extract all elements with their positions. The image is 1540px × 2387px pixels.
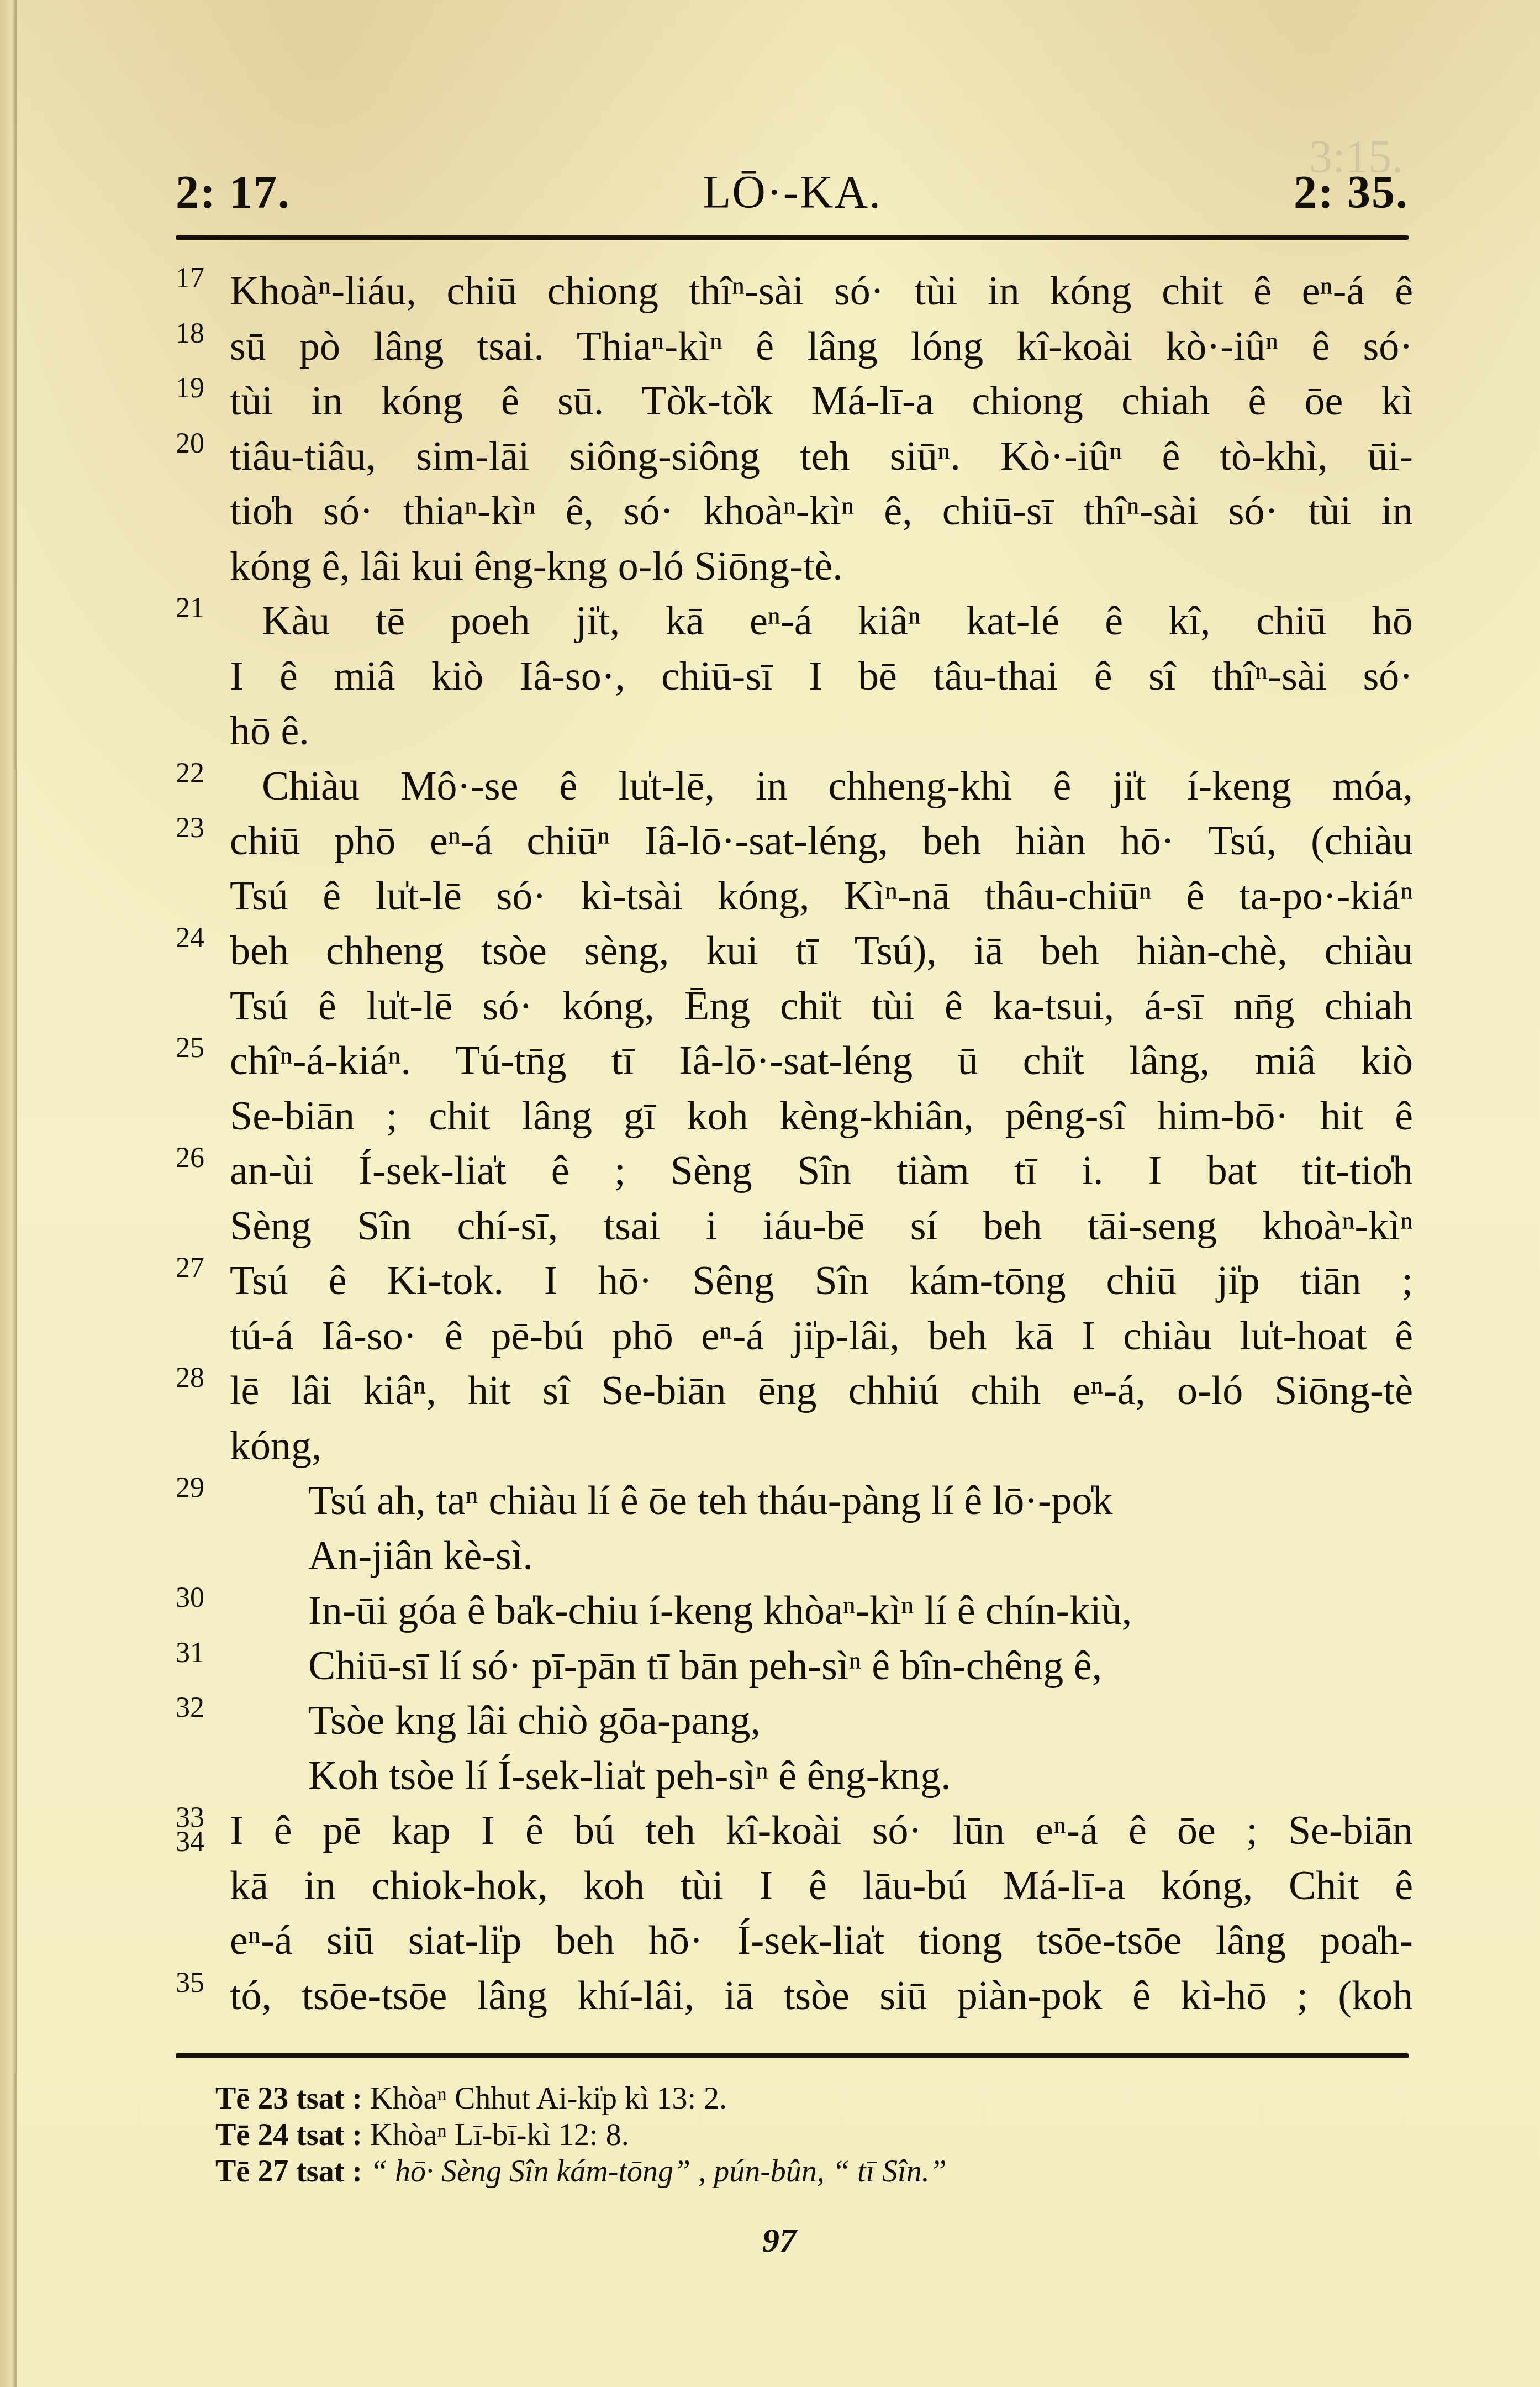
- text-line: 17 Khoàⁿ-liáu, chiū chiong thîⁿ-sài só· …: [176, 264, 1413, 319]
- footnote-label: Tē 23 tsat :: [215, 2081, 362, 2116]
- text-line: 18 sū pò lâng tsai. Thiaⁿ-kìⁿ ê lâng lón…: [176, 319, 1413, 375]
- footnote: Tē 24 tsat : Khòaⁿ Lī-bī-kì 12: 8.: [215, 2117, 1210, 2153]
- verse-number: 29: [176, 1466, 204, 1510]
- line-text: Se-biān ; chit lâng gī koh kèng-khiân, p…: [230, 1089, 1413, 1144]
- text-line: hō ê.: [176, 704, 1413, 759]
- line-text-content: Khoàⁿ-liáu, chiū chiong thîⁿ-sài só· tùi…: [230, 269, 1413, 314]
- line-text: kā in chiok-hok, koh tùi I ê lāu-bú Má-l…: [230, 1859, 1413, 1914]
- line-text: eⁿ-á siū siat-li̍p beh hō· Í-sek-lia̍t t…: [230, 1913, 1413, 1969]
- text-line: 28 lē lâi kiâⁿ, hit sî Se-biān ēng chhiú…: [176, 1364, 1413, 1419]
- text-line: 20 tiâu-tiâu, sim-lāi siông-siông teh si…: [176, 429, 1413, 485]
- verse-number: 26: [176, 1136, 204, 1180]
- line-text: Chiū-sī lí só· pī-pān tī bān peh-sìⁿ ê b…: [308, 1639, 1413, 1694]
- text-line: I ê miâ kiò Iâ-so·, chiū-sī I bē tâu-tha…: [176, 649, 1413, 704]
- verse-number: 32: [176, 1686, 204, 1730]
- line-text: Tsú ah, taⁿ chiàu lí ê ōe teh tháu-pàng …: [308, 1474, 1413, 1529]
- line-text: kóng ê, lâi kui êng-kng o-ló Siōng-tè.: [230, 539, 1413, 595]
- line-text: Tsú ê Ki-tok. I hō· Sêng Sîn kám-tōng ch…: [230, 1254, 1413, 1309]
- text-line: eⁿ-á siū siat-li̍p beh hō· Í-sek-lia̍t t…: [176, 1913, 1413, 1969]
- text-line: 27 Tsú ê Ki-tok. I hō· Sêng Sîn kám-tōng…: [176, 1254, 1413, 1309]
- verse-number: 27: [176, 1246, 204, 1290]
- verse-number: 25: [176, 1026, 204, 1070]
- line-text: an-ùi Í-sek-lia̍t ê ; Sèng Sîn tiàm tī i…: [230, 1144, 1413, 1199]
- header-end-reference: 2: 35.: [1294, 166, 1409, 219]
- line-text: Koh tsòe lí Í-sek-lia̍t peh-sìⁿ ê êng-kn…: [308, 1749, 1413, 1804]
- verse-number: 18: [176, 312, 204, 356]
- footnote: Tē 23 tsat : Khòaⁿ Chhut Ai-ki̍p kì 13: …: [215, 2080, 1210, 2117]
- line-text: In-ūi góa ê ba̍k-chiu í-keng khòaⁿ-kìⁿ l…: [308, 1584, 1413, 1639]
- line-text: tùi in kóng ê sū. Tò̍k-tò̍k Má-lī-a chio…: [230, 374, 1413, 429]
- text-line: Tsú ê lu̍t-lē só· kì-tsài kóng, Kìⁿ-nā t…: [176, 869, 1413, 924]
- footnote: Tē 27 tsat : “ hō· Sèng Sîn kám-tōng” , …: [215, 2153, 1210, 2190]
- scripture-body: 17 Khoàⁿ-liáu, chiū chiong thîⁿ-sài só· …: [176, 264, 1413, 2023]
- text-line: 21 Kàu tē poeh ji̍t, kā eⁿ-á kiâⁿ kat-lé…: [176, 594, 1413, 649]
- line-text: lē lâi kiâⁿ, hit sî Se-biān ēng chhiú ch…: [230, 1364, 1413, 1419]
- line-text: Sèng Sîn chí-sī, tsai i iáu-bē sí beh tā…: [230, 1199, 1413, 1254]
- line-text: hō ê.: [230, 704, 1413, 759]
- line-text: Khoàⁿ-liáu, chiū chiong thîⁿ-sài só· tùi…: [230, 264, 1413, 319]
- text-line: 33 34 I ê pē kap I ê bú teh kî-koài só· …: [176, 1804, 1413, 1859]
- line-text: An-jiân kè-sì.: [308, 1529, 1413, 1584]
- text-line: 25 chîⁿ-á-kiáⁿ. Tú-tn̄g tī Iâ-lō·-sat-lé…: [176, 1034, 1413, 1089]
- text-line: 35 tó, tsōe-tsōe lâng khí-lâi, iā tsòe s…: [176, 1969, 1413, 2024]
- text-line: tú-á Iâ-so· ê pē-bú phō eⁿ-á ji̍p-lâi, b…: [176, 1309, 1413, 1364]
- verse-number: 19: [176, 366, 204, 411]
- line-text: Chiàu Mô·-se ê lu̍t-lē, in chheng-khì ê …: [230, 759, 1413, 814]
- text-line: Tsú ê lu̍t-lē só· kóng, Ēng chi̍t tùi ê …: [176, 979, 1413, 1034]
- text-line: 24 beh chheng tsòe sèng, kui tī Tsú), iā…: [176, 924, 1413, 979]
- text-line: 23 chiū phō eⁿ-á chiūⁿ Iâ-lō·-sat-léng, …: [176, 814, 1413, 869]
- verse-number: 34: [176, 1820, 204, 1864]
- text-line: 26 an-ùi Í-sek-lia̍t ê ; Sèng Sîn tiàm t…: [176, 1144, 1413, 1199]
- footnote-text: Khòaⁿ Lī-bī-kì 12: 8.: [370, 2118, 629, 2152]
- line-text: tio̍h só· thiaⁿ-kìⁿ ê, só· khoàⁿ-kìⁿ ê, …: [230, 484, 1413, 539]
- line-text: Kàu tē poeh ji̍t, kā eⁿ-á kiâⁿ kat-lé ê …: [230, 594, 1413, 649]
- footnote-rule: [176, 2053, 1409, 2058]
- footnotes: Tē 23 tsat : Khòaⁿ Chhut Ai-ki̍p kì 13: …: [215, 2080, 1210, 2190]
- verse-number: 35: [176, 1961, 204, 2005]
- line-text: tú-á Iâ-so· ê pē-bú phō eⁿ-á ji̍p-lâi, b…: [230, 1309, 1413, 1364]
- verse-number: 28: [176, 1356, 204, 1400]
- verse-number: 17: [176, 256, 204, 301]
- line-text: I ê miâ kiò Iâ-so·, chiū-sī I bē tâu-tha…: [230, 649, 1413, 704]
- verse-number: 20: [176, 422, 204, 466]
- line-text: Tsòe kng lâi chiò gōa-pang,: [308, 1694, 1413, 1749]
- running-header: 2: 17. LŌ·-KA. 2: 35.: [176, 166, 1409, 221]
- line-text: beh chheng tsòe sèng, kui tī Tsú), iā be…: [230, 924, 1413, 979]
- text-line: kóng ê, lâi kui êng-kng o-ló Siōng-tè.: [176, 539, 1413, 595]
- footnote-label: Tē 24 tsat :: [215, 2118, 362, 2152]
- footnote-label: Tē 27 tsat :: [215, 2154, 362, 2189]
- line-text: chiū phō eⁿ-á chiūⁿ Iâ-lō·-sat-léng, beh…: [230, 814, 1413, 869]
- line-text: I ê pē kap I ê bú teh kî-koài só· lūn eⁿ…: [230, 1804, 1413, 1859]
- poem-line: An-jiân kè-sì.: [176, 1529, 1413, 1584]
- footnote-text: Khòaⁿ Chhut Ai-ki̍p kì 13: 2.: [370, 2081, 727, 2116]
- footnote-text: “ hō· Sèng Sîn kám-tōng” , pún-bûn, “ tī…: [370, 2154, 947, 2189]
- header-book-title: LŌ·-KA.: [176, 166, 1409, 219]
- verse-number: 21: [176, 586, 204, 630]
- poem-line: 30 In-ūi góa ê ba̍k-chiu í-keng khòaⁿ-kì…: [176, 1584, 1413, 1639]
- page-number: 97: [762, 2221, 797, 2260]
- text-line: Se-biān ; chit lâng gī koh kèng-khiân, p…: [176, 1089, 1413, 1144]
- line-text: chîⁿ-á-kiáⁿ. Tú-tn̄g tī Iâ-lō·-sat-léng …: [230, 1034, 1413, 1089]
- line-text: sū pò lâng tsai. Thiaⁿ-kìⁿ ê lâng lóng k…: [230, 319, 1413, 375]
- text-line: Sèng Sîn chí-sī, tsai i iáu-bē sí beh tā…: [176, 1199, 1413, 1254]
- text-line: kā in chiok-hok, koh tùi I ê lāu-bú Má-l…: [176, 1859, 1413, 1914]
- poem-line: 32 Tsòe kng lâi chiò gōa-pang,: [176, 1694, 1413, 1749]
- verse-number: 30: [176, 1576, 204, 1620]
- text-line: 22 Chiàu Mô·-se ê lu̍t-lē, in chheng-khì…: [176, 759, 1413, 814]
- line-text: kóng,: [230, 1419, 1413, 1474]
- text-line: kóng,: [176, 1419, 1413, 1474]
- text-line: 19 tùi in kóng ê sū. Tò̍k-tò̍k Má-lī-a c…: [176, 374, 1413, 429]
- poem-line: 31 Chiū-sī lí só· pī-pān tī bān peh-sìⁿ …: [176, 1639, 1413, 1694]
- header-rule: [176, 235, 1409, 240]
- poem-line: 29 Tsú ah, taⁿ chiàu lí ê ōe teh tháu-pà…: [176, 1474, 1413, 1529]
- line-text: Tsú ê lu̍t-lē só· kóng, Ēng chi̍t tùi ê …: [230, 979, 1413, 1034]
- text-line: tio̍h só· thiaⁿ-kìⁿ ê, só· khoàⁿ-kìⁿ ê, …: [176, 484, 1413, 539]
- verse-number: 22: [176, 751, 204, 796]
- line-text: tó, tsōe-tsōe lâng khí-lâi, iā tsòe siū …: [230, 1969, 1413, 2024]
- verse-number: 23: [176, 806, 204, 850]
- verse-number: 24: [176, 916, 204, 960]
- line-text: Tsú ê lu̍t-lē só· kì-tsài kóng, Kìⁿ-nā t…: [230, 869, 1413, 924]
- verse-number: 31: [176, 1631, 204, 1675]
- book-binding-edge: [0, 0, 17, 2387]
- line-text: tiâu-tiâu, sim-lāi siông-siông teh siūⁿ.…: [230, 429, 1413, 485]
- poem-line: Koh tsòe lí Í-sek-lia̍t peh-sìⁿ ê êng-kn…: [176, 1749, 1413, 1804]
